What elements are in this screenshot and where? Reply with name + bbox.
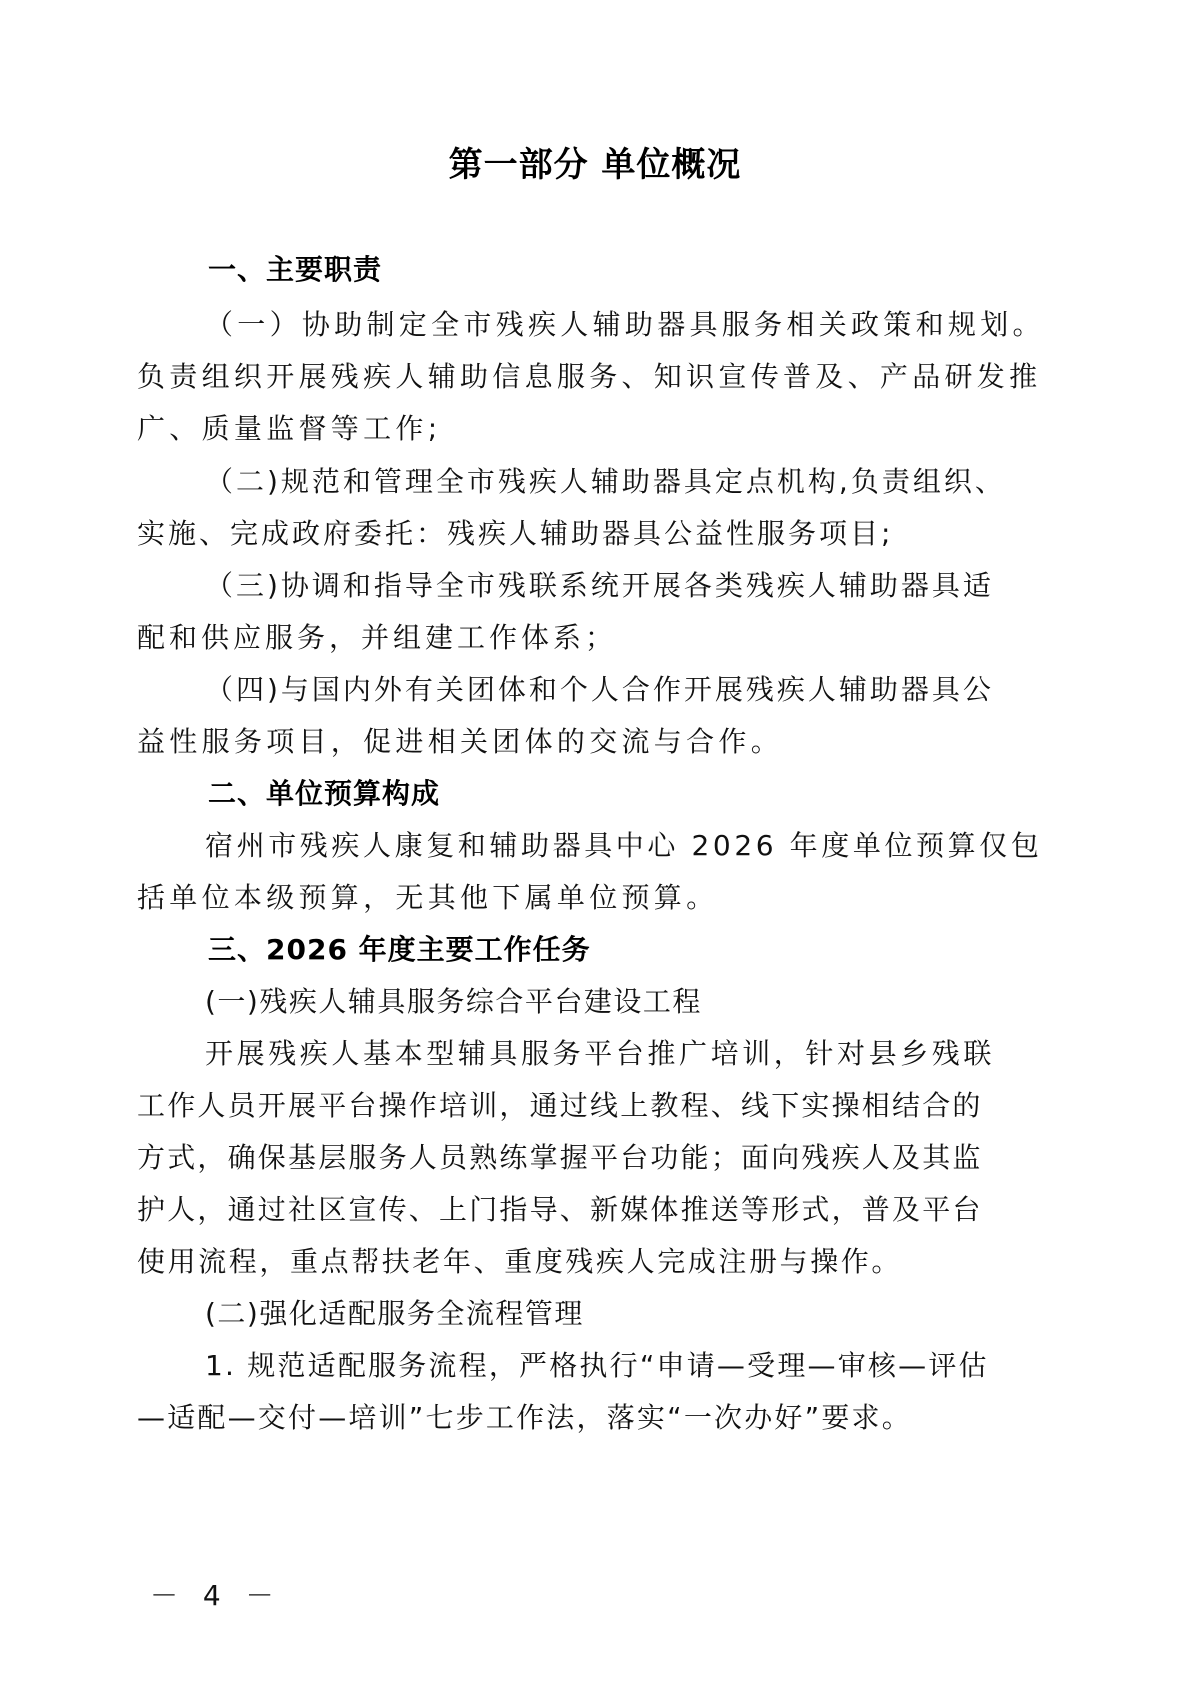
paragraph-line: 配和供应服务，并组建工作体系； — [137, 618, 1037, 658]
paragraph-line: 括单位本级预算，无其他下属单位预算。 — [137, 878, 1037, 918]
paragraph-line: 广、质量监督等工作; — [137, 409, 1037, 449]
page-number: － 4 － — [150, 1578, 282, 1614]
paragraph-line: （一）协助制定全市残疾人辅助器具服务相关政策和规划。 — [205, 305, 1105, 345]
paragraph-line: —适配—交付—培训”七步工作法，落实“一次办好”要求。 — [137, 1398, 1037, 1438]
section-heading-budget: 二、单位预算构成 — [208, 774, 1108, 814]
paragraph-line: 实施、完成政府委托：残疾人辅助器具公益性服务项目; — [137, 514, 1037, 554]
paragraph-line: 护人，通过社区宣传、上门指导、新媒体推送等形式，普及平台 — [137, 1190, 1037, 1230]
paragraph-line: 益性服务项目，促进相关团体的交流与合作。 — [137, 722, 1037, 762]
paragraph-line: （三)协调和指导全市残联系统开展各类残疾人辅助器具适 — [205, 566, 1105, 606]
paragraph-line: 宿州市残疾人康复和辅助器具中心 2026 年度单位预算仅包 — [205, 826, 1105, 866]
section-heading-tasks: 三、2026 年度主要工作任务 — [208, 930, 1108, 970]
paragraph-line: 工作人员开展平台操作培训，通过线上教程、线下实操相结合的 — [137, 1086, 1037, 1126]
paragraph-line: 负责组织开展残疾人辅助信息服务、知识宣传普及、产品研发推 — [137, 357, 1037, 397]
subsection-heading: (一)残疾人辅具服务综合平台建设工程 — [205, 982, 1105, 1022]
page-title: 第一部分 单位概况 — [0, 145, 1190, 185]
paragraph-line: 方式，确保基层服务人员熟练掌握平台功能；面向残疾人及其监 — [137, 1138, 1037, 1178]
paragraph-line: 1. 规范适配服务流程，严格执行“申请—受理—审核—评估 — [205, 1346, 1105, 1386]
paragraph-line: （二)规范和管理全市残疾人辅助器具定点机构,负责组织、 — [205, 462, 1105, 502]
paragraph-line: 使用流程，重点帮扶老年、重度残疾人完成注册与操作。 — [137, 1242, 1037, 1282]
subsection-heading: (二)强化适配服务全流程管理 — [205, 1294, 1105, 1334]
paragraph-line: （四)与国内外有关团体和个人合作开展残疾人辅助器具公 — [205, 670, 1105, 710]
paragraph-line: 开展残疾人基本型辅具服务平台推广培训，针对县乡残联 — [205, 1034, 1105, 1074]
section-heading-duties: 一、主要职责 — [208, 250, 1108, 290]
document-page: 第一部分 单位概况 一、主要职责 （一）协助制定全市残疾人辅助器具服务相关政策和… — [0, 0, 1190, 1683]
